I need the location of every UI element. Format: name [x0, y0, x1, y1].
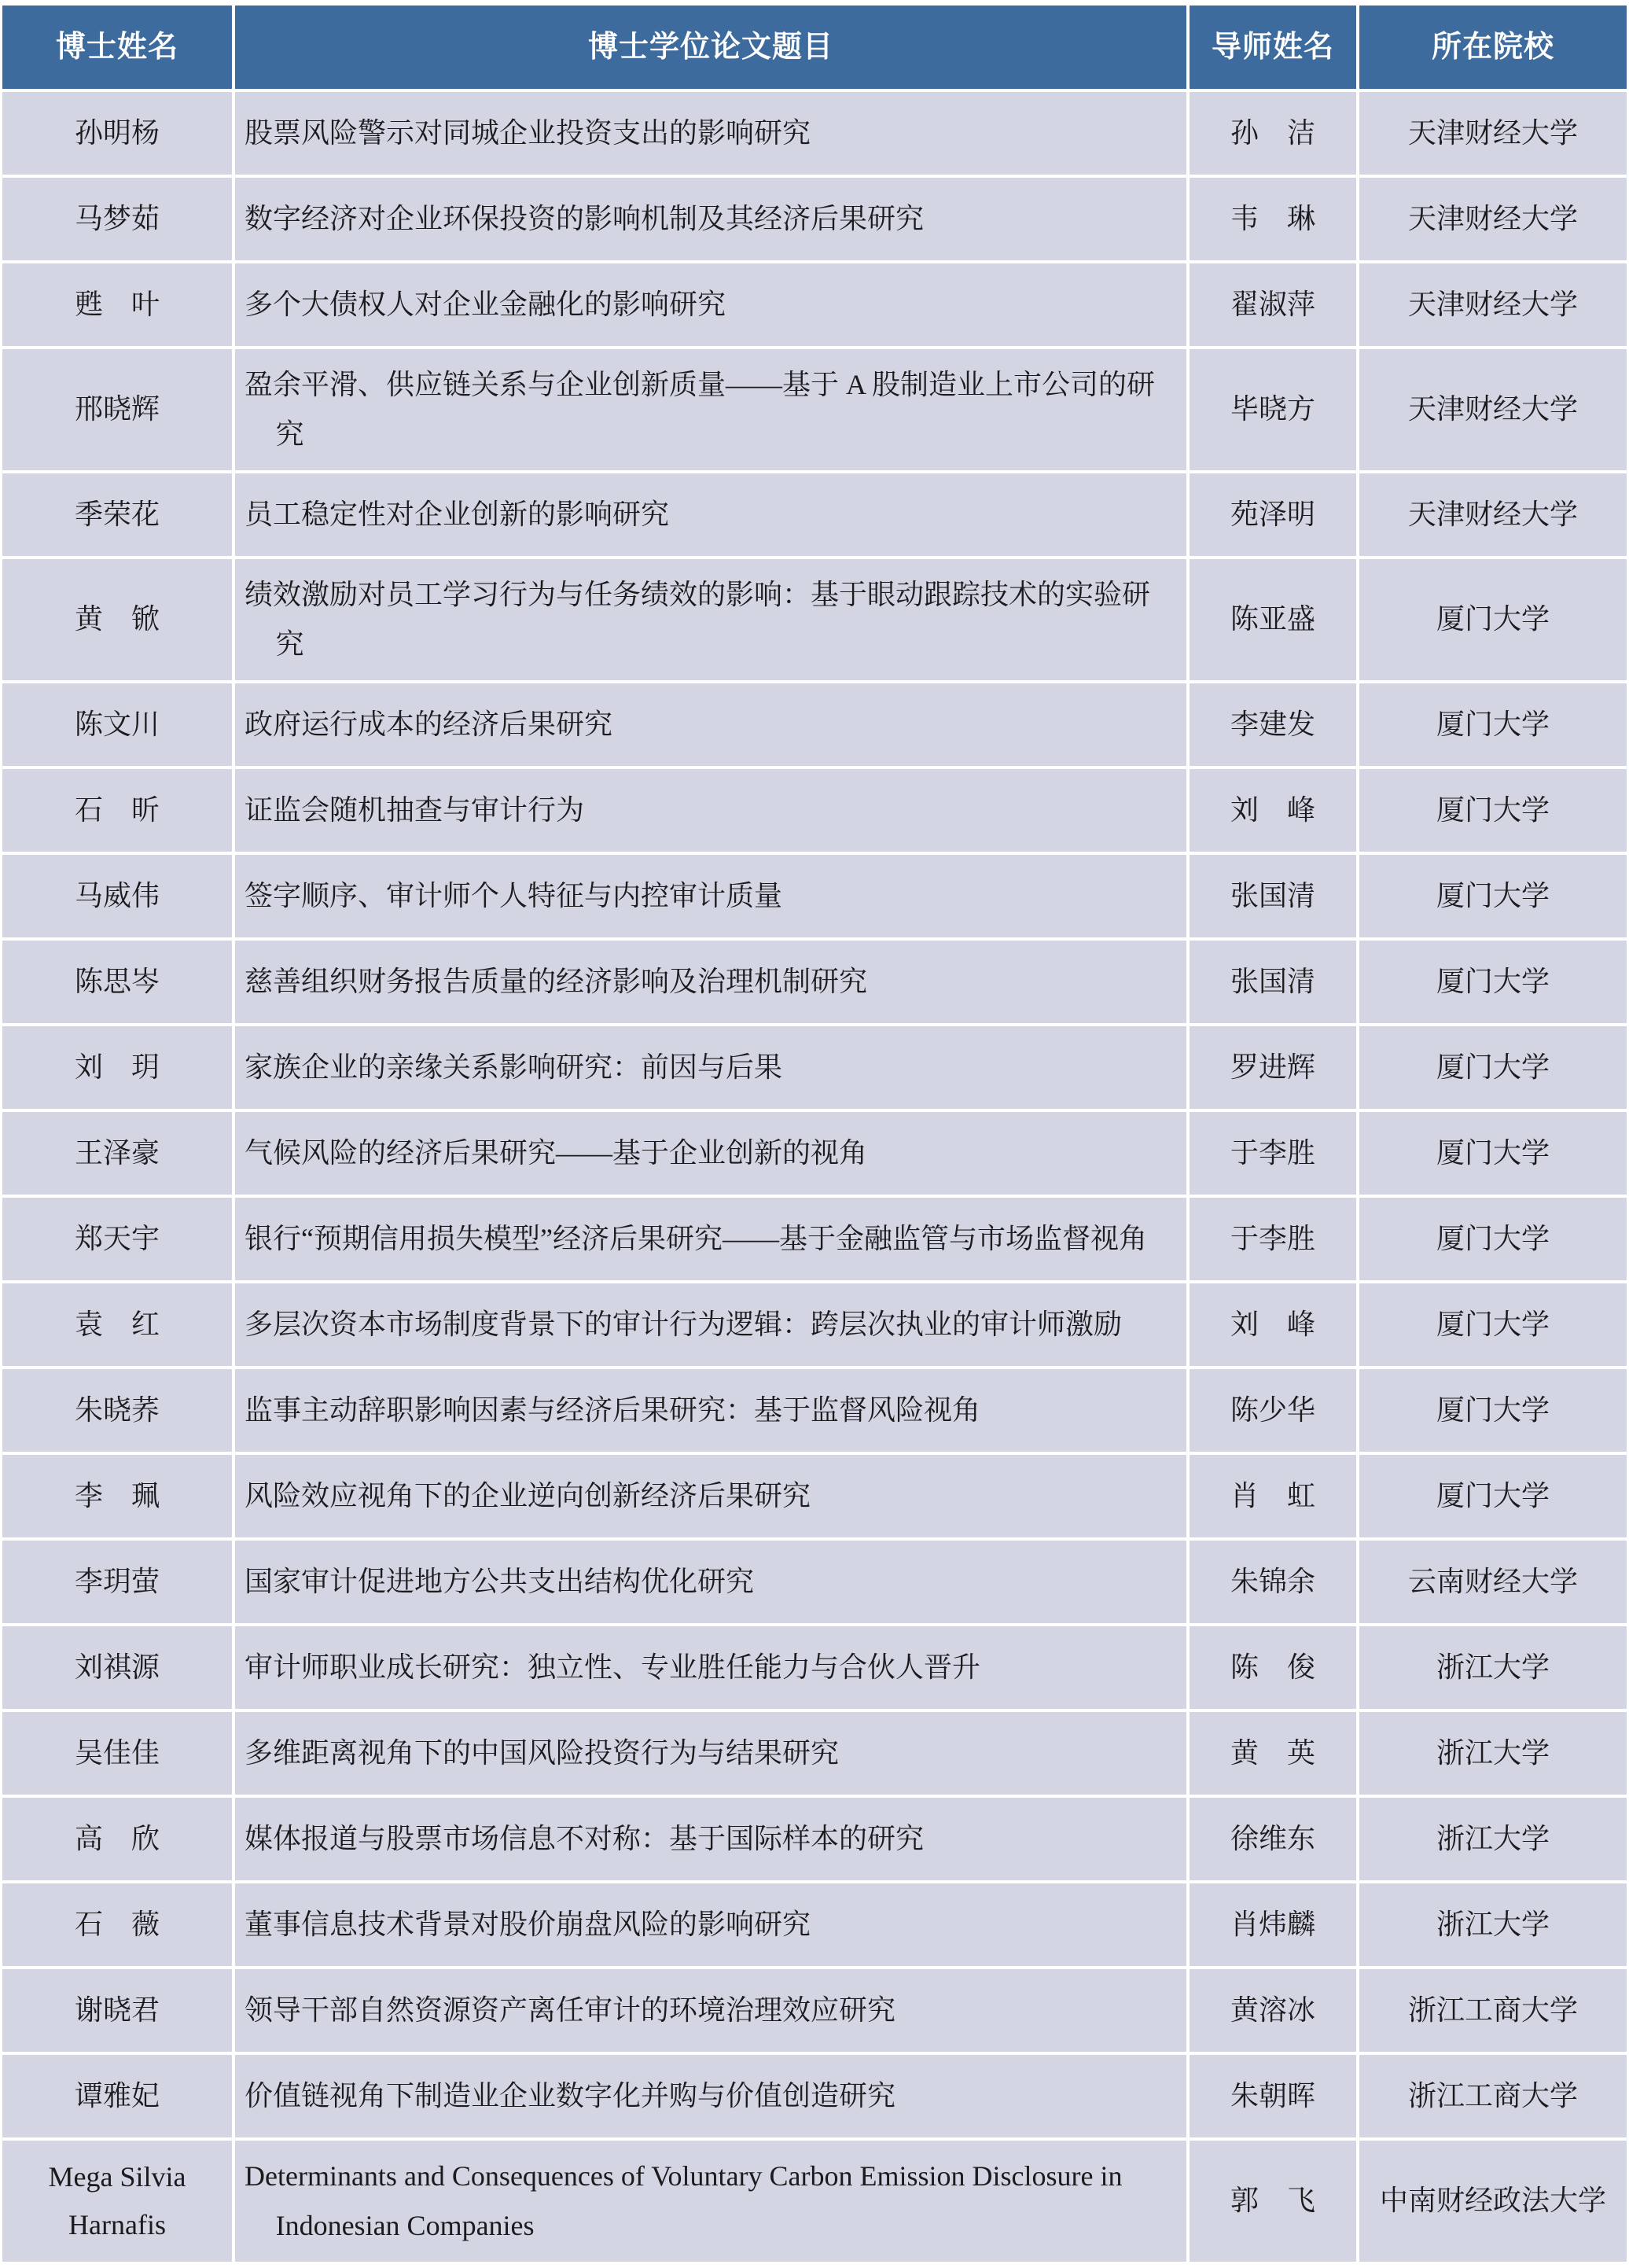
university-cell: 厦门大学: [1359, 559, 1627, 680]
university-name: 浙江大学: [1436, 1901, 1550, 1949]
thesis-title-cell: 签字顺序、审计师个人特征与内控审计质量: [235, 855, 1186, 937]
thesis-title: 审计师职业成长研究：独立性、专业胜任能力与合伙人晋升: [245, 1643, 980, 1692]
university-cell: 厦门大学: [1359, 1283, 1627, 1366]
university-name: 厦门大学: [1436, 958, 1550, 1006]
thesis-title: Determinants and Consequences of Volunta…: [245, 2152, 1174, 2251]
student-name-cell: 季荣花: [2, 473, 232, 556]
university-name: 浙江大学: [1436, 1644, 1550, 1692]
table-row: 高 欣 媒体报道与股票市场信息不对称：基于国际样本的研究 徐维东 浙江大学: [2, 1798, 1627, 1880]
university-name: 厦门大学: [1436, 1215, 1550, 1263]
student-name: 李 珮: [75, 1472, 160, 1520]
thesis-title: 董事信息技术背景对股价崩盘风险的影响研究: [245, 1900, 811, 1950]
thesis-title: 领导干部自然资源资产离任审计的环境治理效应研究: [245, 1986, 895, 2035]
advisor-name: 肖 虹: [1230, 1472, 1315, 1520]
table-row: 谢晓君 领导干部自然资源资产离任审计的环境治理效应研究 黄溶冰 浙江工商大学: [2, 1969, 1627, 2052]
university-cell: 厦门大学: [1359, 683, 1627, 766]
thesis-title: 员工稳定性对企业创新的影响研究: [245, 490, 669, 539]
student-name-cell: 郑天宇: [2, 1198, 232, 1280]
thesis-title: 签字顺序、审计师个人特征与内控审计质量: [245, 871, 782, 921]
thesis-title-cell: 领导干部自然资源资产离任审计的环境治理效应研究: [235, 1969, 1186, 2052]
advisor-name: 张国清: [1230, 872, 1315, 920]
student-name-cell: 石 薇: [2, 1883, 232, 1966]
table-row: 甦 叶 多个大债权人对企业金融化的影响研究 翟淑萍 天津财经大学: [2, 263, 1627, 346]
table-header-row: 博士姓名 博士学位论文题目 导师姓名 所在院校: [2, 6, 1627, 89]
advisor-name: 毕晓方: [1230, 385, 1315, 433]
thesis-title: 监事主动辞职影响因素与经济后果研究：基于监督风险视角: [245, 1386, 980, 1435]
table-row: 石 薇 董事信息技术背景对股价崩盘风险的影响研究 肖炜麟 浙江大学: [2, 1883, 1627, 1966]
table-row: 吴佳佳 多维距离视角下的中国风险投资行为与结果研究 黄 英 浙江大学: [2, 1712, 1627, 1795]
student-name: 高 欣: [75, 1815, 160, 1863]
student-name-cell: 陈文川: [2, 683, 232, 766]
advisor-name-cell: 翟淑萍: [1190, 263, 1356, 346]
university-cell: 浙江大学: [1359, 1626, 1627, 1709]
student-name: 石 薇: [75, 1901, 160, 1949]
student-name-cell: 甦 叶: [2, 263, 232, 346]
thesis-title: 数字经济对企业环保投资的影响机制及其经济后果研究: [245, 194, 924, 244]
student-name: 孙明杨: [75, 109, 160, 157]
student-name: 袁 红: [75, 1301, 160, 1349]
advisor-name-cell: 刘 峰: [1190, 1283, 1356, 1366]
student-name-cell: 马威伟: [2, 855, 232, 937]
advisor-name-cell: 黄溶冰: [1190, 1969, 1356, 2052]
advisor-name-cell: 肖 虹: [1190, 1455, 1356, 1537]
student-name-cell: 谭雅妃: [2, 2055, 232, 2137]
student-name: 马梦茹: [75, 195, 160, 243]
thesis-title-cell: 股票风险警示对同城企业投资支出的影响研究: [235, 92, 1186, 175]
university-cell: 天津财经大学: [1359, 263, 1627, 346]
thesis-title: 气候风险的经济后果研究——基于企业创新的视角: [245, 1128, 867, 1178]
advisor-name-cell: 陈 俊: [1190, 1626, 1356, 1709]
student-name: 邢晓辉: [75, 385, 160, 433]
thesis-title-cell: 董事信息技术背景对股价崩盘风险的影响研究: [235, 1883, 1186, 1966]
university-name: 天津财经大学: [1408, 281, 1578, 329]
student-name-cell: 李玥萤: [2, 1541, 232, 1623]
advisor-name-cell: 李建发: [1190, 683, 1356, 766]
student-name: 王泽豪: [75, 1129, 160, 1177]
header-student-name: 博士姓名: [2, 6, 232, 89]
student-name: 季荣花: [75, 491, 160, 539]
student-name: 郑天宇: [75, 1215, 160, 1263]
table-row: 朱晓荞 监事主动辞职影响因素与经济后果研究：基于监督风险视角 陈少华 厦门大学: [2, 1369, 1627, 1452]
advisor-name: 李建发: [1230, 701, 1315, 749]
university-name: 浙江工商大学: [1408, 2072, 1578, 2120]
advisor-name: 朱朝晖: [1230, 2072, 1315, 2120]
advisor-name: 肖炜麟: [1230, 1901, 1315, 1949]
university-cell: 厦门大学: [1359, 1455, 1627, 1537]
advisor-name-cell: 孙 洁: [1190, 92, 1356, 175]
header-advisor-name: 导师姓名: [1190, 6, 1356, 89]
student-name-cell: 高 欣: [2, 1798, 232, 1880]
advisor-name: 于李胜: [1230, 1129, 1315, 1177]
university-cell: 厦门大学: [1359, 769, 1627, 852]
advisor-name: 翟淑萍: [1230, 281, 1315, 329]
student-name-cell: 朱晓荞: [2, 1369, 232, 1452]
university-cell: 浙江大学: [1359, 1712, 1627, 1795]
student-name-cell: 吴佳佳: [2, 1712, 232, 1795]
university-cell: 厦门大学: [1359, 1026, 1627, 1109]
student-name-cell: 石 昕: [2, 769, 232, 852]
advisor-name-cell: 张国清: [1190, 855, 1356, 937]
student-name: 甦 叶: [75, 281, 160, 329]
university-cell: 天津财经大学: [1359, 473, 1627, 556]
thesis-title: 盈余平滑、供应链关系与企业创新质量——基于 A 股制造业上市公司的研究: [245, 360, 1174, 459]
table-row: 黄 锨 绩效激励对员工学习行为与任务绩效的影响：基于眼动跟踪技术的实验研究 陈亚…: [2, 559, 1627, 680]
advisor-name: 韦 琳: [1230, 195, 1315, 243]
university-name: 浙江大学: [1436, 1815, 1550, 1863]
university-name: 厦门大学: [1436, 701, 1550, 749]
university-name: 天津财经大学: [1408, 195, 1578, 243]
thesis-title: 媒体报道与股票市场信息不对称：基于国际样本的研究: [245, 1814, 924, 1864]
student-name: 陈思岑: [75, 958, 160, 1006]
advisor-name: 朱锦余: [1230, 1558, 1315, 1606]
table-row: 陈文川 政府运行成本的经济后果研究 李建发 厦门大学: [2, 683, 1627, 766]
thesis-title: 多层次资本市场制度背景下的审计行为逻辑：跨层次执业的审计师激励: [245, 1300, 1122, 1349]
university-name: 厦门大学: [1436, 872, 1550, 920]
advisor-name: 张国清: [1230, 958, 1315, 1006]
thesis-title-cell: 盈余平滑、供应链关系与企业创新质量——基于 A 股制造业上市公司的研究: [235, 349, 1186, 470]
student-name: 谭雅妃: [75, 2072, 160, 2120]
thesis-title-cell: 审计师职业成长研究：独立性、专业胜任能力与合伙人晋升: [235, 1626, 1186, 1709]
thesis-table: 博士姓名 博士学位论文题目 导师姓名 所在院校 孙明杨 股票风险警示对同城企业投…: [2, 6, 1627, 2262]
advisor-name: 黄 英: [1230, 1729, 1315, 1777]
table-row: 谭雅妃 价值链视角下制造业企业数字化并购与价值创造研究 朱朝晖 浙江工商大学: [2, 2055, 1627, 2137]
university-name: 浙江工商大学: [1408, 1986, 1578, 2034]
thesis-title-cell: 员工稳定性对企业创新的影响研究: [235, 473, 1186, 556]
table-body: 孙明杨 股票风险警示对同城企业投资支出的影响研究 孙 洁 天津财经大学 马梦茹 …: [2, 92, 1627, 2262]
advisor-name: 苑泽明: [1230, 491, 1315, 539]
advisor-name-cell: 朱锦余: [1190, 1541, 1356, 1623]
university-name: 天津财经大学: [1408, 491, 1578, 539]
table-row: 孙明杨 股票风险警示对同城企业投资支出的影响研究 孙 洁 天津财经大学: [2, 92, 1627, 175]
student-name-cell: 谢晓君: [2, 1969, 232, 2052]
thesis-title: 多维距离视角下的中国风险投资行为与结果研究: [245, 1729, 839, 1778]
thesis-title-cell: 绩效激励对员工学习行为与任务绩效的影响：基于眼动跟踪技术的实验研究: [235, 559, 1186, 680]
thesis-title-cell: 价值链视角下制造业企业数字化并购与价值创造研究: [235, 2055, 1186, 2137]
university-cell: 中南财经政法大学: [1359, 2141, 1627, 2262]
table-row: 李 珮 风险效应视角下的企业逆向创新经济后果研究 肖 虹 厦门大学: [2, 1455, 1627, 1537]
student-name-cell: 刘祺源: [2, 1626, 232, 1709]
advisor-name-cell: 郭 飞: [1190, 2141, 1356, 2262]
thesis-title: 银行“预期信用损失模型”经济后果研究——基于金融监管与市场监督视角: [245, 1214, 1147, 1264]
university-cell: 天津财经大学: [1359, 349, 1627, 470]
table-row: 刘 玥 家族企业的亲缘关系影响研究：前因与后果 罗进辉 厦门大学: [2, 1026, 1627, 1109]
advisor-name-cell: 于李胜: [1190, 1112, 1356, 1195]
table-row: 马梦茹 数字经济对企业环保投资的影响机制及其经济后果研究 韦 琳 天津财经大学: [2, 178, 1627, 260]
university-name: 天津财经大学: [1408, 385, 1578, 433]
advisor-name-cell: 陈少华: [1190, 1369, 1356, 1452]
student-name: Mega Silvia Harnafis: [10, 2153, 224, 2249]
thesis-title-cell: 多个大债权人对企业金融化的影响研究: [235, 263, 1186, 346]
thesis-title-cell: 风险效应视角下的企业逆向创新经济后果研究: [235, 1455, 1186, 1537]
student-name: 朱晓荞: [75, 1386, 160, 1434]
university-name: 厦门大学: [1436, 1044, 1550, 1092]
table-row: 季荣花 员工稳定性对企业创新的影响研究 苑泽明 天津财经大学: [2, 473, 1627, 556]
advisor-name: 孙 洁: [1230, 109, 1315, 157]
advisor-name: 陈 俊: [1230, 1644, 1315, 1692]
university-name: 厦门大学: [1436, 1129, 1550, 1177]
thesis-title: 多个大债权人对企业金融化的影响研究: [245, 280, 726, 330]
advisor-name: 刘 峰: [1230, 786, 1315, 834]
thesis-title: 风险效应视角下的企业逆向创新经济后果研究: [245, 1471, 811, 1521]
university-name: 中南财经政法大学: [1380, 2177, 1606, 2225]
header-thesis-title: 博士学位论文题目: [235, 6, 1186, 89]
header-university: 所在院校: [1359, 6, 1627, 89]
university-cell: 浙江工商大学: [1359, 1969, 1627, 2052]
student-name: 黄 锨: [75, 595, 160, 643]
university-cell: 浙江大学: [1359, 1798, 1627, 1880]
advisor-name: 刘 峰: [1230, 1301, 1315, 1349]
university-name: 厦门大学: [1436, 1386, 1550, 1434]
student-name-cell: 李 珮: [2, 1455, 232, 1537]
university-cell: 厦门大学: [1359, 1369, 1627, 1452]
student-name: 李玥萤: [75, 1558, 160, 1606]
university-name: 云南财经大学: [1408, 1558, 1578, 1606]
student-name-cell: 马梦茹: [2, 178, 232, 260]
thesis-title-cell: 数字经济对企业环保投资的影响机制及其经济后果研究: [235, 178, 1186, 260]
student-name-cell: 陈思岑: [2, 941, 232, 1023]
advisor-name-cell: 刘 峰: [1190, 769, 1356, 852]
university-cell: 天津财经大学: [1359, 178, 1627, 260]
thesis-title-cell: 家族企业的亲缘关系影响研究：前因与后果: [235, 1026, 1186, 1109]
university-cell: 厦门大学: [1359, 941, 1627, 1023]
university-cell: 厦门大学: [1359, 1112, 1627, 1195]
thesis-title: 绩效激励对员工学习行为与任务绩效的影响：基于眼动跟踪技术的实验研究: [245, 570, 1174, 669]
student-name: 陈文川: [75, 701, 160, 749]
student-name: 马威伟: [75, 872, 160, 920]
page-container: 博士姓名 博士学位论文题目 导师姓名 所在院校 孙明杨 股票风险警示对同城企业投…: [0, 0, 1629, 2268]
university-name: 浙江大学: [1436, 1729, 1550, 1777]
table-row: 刘祺源 审计师职业成长研究：独立性、专业胜任能力与合伙人晋升 陈 俊 浙江大学: [2, 1626, 1627, 1709]
thesis-title-cell: 慈善组织财务报告质量的经济影响及治理机制研究: [235, 941, 1186, 1023]
table-row: 邢晓辉 盈余平滑、供应链关系与企业创新质量——基于 A 股制造业上市公司的研究 …: [2, 349, 1627, 470]
advisor-name: 陈少华: [1230, 1386, 1315, 1434]
table-row: 袁 红 多层次资本市场制度背景下的审计行为逻辑：跨层次执业的审计师激励 刘 峰 …: [2, 1283, 1627, 1366]
thesis-title-cell: 政府运行成本的经济后果研究: [235, 683, 1186, 766]
student-name: 谢晓君: [75, 1986, 160, 2034]
advisor-name: 罗进辉: [1230, 1044, 1315, 1092]
student-name: 刘 玥: [75, 1044, 160, 1092]
university-name: 厦门大学: [1436, 1472, 1550, 1520]
thesis-title: 家族企业的亲缘关系影响研究：前因与后果: [245, 1043, 782, 1092]
student-name: 吴佳佳: [75, 1729, 160, 1777]
table-row: 王泽豪 气候风险的经济后果研究——基于企业创新的视角 于李胜 厦门大学: [2, 1112, 1627, 1195]
thesis-title: 慈善组织财务报告质量的经济影响及治理机制研究: [245, 957, 867, 1007]
student-name-cell: 王泽豪: [2, 1112, 232, 1195]
thesis-title-cell: 国家审计促进地方公共支出结构优化研究: [235, 1541, 1186, 1623]
advisor-name: 黄溶冰: [1230, 1986, 1315, 2034]
thesis-title-cell: 气候风险的经济后果研究——基于企业创新的视角: [235, 1112, 1186, 1195]
university-cell: 厦门大学: [1359, 855, 1627, 937]
advisor-name: 陈亚盛: [1230, 595, 1315, 643]
table-row: 陈思岑 慈善组织财务报告质量的经济影响及治理机制研究 张国清 厦门大学: [2, 941, 1627, 1023]
advisor-name-cell: 罗进辉: [1190, 1026, 1356, 1109]
university-name: 厦门大学: [1436, 1301, 1550, 1349]
advisor-name: 徐维东: [1230, 1815, 1315, 1863]
student-name: 刘祺源: [75, 1644, 160, 1692]
thesis-title-cell: 多层次资本市场制度背景下的审计行为逻辑：跨层次执业的审计师激励: [235, 1283, 1186, 1366]
student-name-cell: Mega Silvia Harnafis: [2, 2141, 232, 2262]
thesis-title-cell: Determinants and Consequences of Volunta…: [235, 2141, 1186, 2262]
university-cell: 云南财经大学: [1359, 1541, 1627, 1623]
student-name-cell: 邢晓辉: [2, 349, 232, 470]
advisor-name-cell: 肖炜麟: [1190, 1883, 1356, 1966]
advisor-name: 于李胜: [1230, 1215, 1315, 1263]
table-row: 郑天宇 银行“预期信用损失模型”经济后果研究——基于金融监管与市场监督视角 于李…: [2, 1198, 1627, 1280]
student-name: 石 昕: [75, 786, 160, 834]
advisor-name-cell: 张国清: [1190, 941, 1356, 1023]
thesis-title-cell: 银行“预期信用损失模型”经济后果研究——基于金融监管与市场监督视角: [235, 1198, 1186, 1280]
advisor-name: 郭 飞: [1230, 2177, 1315, 2225]
university-cell: 厦门大学: [1359, 1198, 1627, 1280]
thesis-title: 证监会随机抽查与审计行为: [245, 786, 584, 835]
university-name: 天津财经大学: [1408, 109, 1578, 157]
thesis-title-cell: 媒体报道与股票市场信息不对称：基于国际样本的研究: [235, 1798, 1186, 1880]
table-row: 马威伟 签字顺序、审计师个人特征与内控审计质量 张国清 厦门大学: [2, 855, 1627, 937]
table-row: Mega Silvia Harnafis Determinants and Co…: [2, 2141, 1627, 2262]
thesis-title-cell: 多维距离视角下的中国风险投资行为与结果研究: [235, 1712, 1186, 1795]
university-name: 厦门大学: [1436, 595, 1550, 643]
thesis-title-cell: 监事主动辞职影响因素与经济后果研究：基于监督风险视角: [235, 1369, 1186, 1452]
university-cell: 浙江大学: [1359, 1883, 1627, 1966]
thesis-title: 股票风险警示对同城企业投资支出的影响研究: [245, 109, 811, 158]
student-name-cell: 袁 红: [2, 1283, 232, 1366]
student-name-cell: 刘 玥: [2, 1026, 232, 1109]
advisor-name-cell: 于李胜: [1190, 1198, 1356, 1280]
table-row: 石 昕 证监会随机抽查与审计行为 刘 峰 厦门大学: [2, 769, 1627, 852]
advisor-name-cell: 陈亚盛: [1190, 559, 1356, 680]
university-name: 厦门大学: [1436, 786, 1550, 834]
table-row: 李玥萤 国家审计促进地方公共支出结构优化研究 朱锦余 云南财经大学: [2, 1541, 1627, 1623]
advisor-name-cell: 徐维东: [1190, 1798, 1356, 1880]
university-cell: 浙江工商大学: [1359, 2055, 1627, 2137]
thesis-title: 国家审计促进地方公共支出结构优化研究: [245, 1557, 754, 1607]
thesis-title-cell: 证监会随机抽查与审计行为: [235, 769, 1186, 852]
thesis-title: 价值链视角下制造业企业数字化并购与价值创造研究: [245, 2071, 895, 2121]
thesis-title: 政府运行成本的经济后果研究: [245, 700, 612, 749]
advisor-name-cell: 黄 英: [1190, 1712, 1356, 1795]
advisor-name-cell: 韦 琳: [1190, 178, 1356, 260]
advisor-name-cell: 苑泽明: [1190, 473, 1356, 556]
student-name-cell: 黄 锨: [2, 559, 232, 680]
university-cell: 天津财经大学: [1359, 92, 1627, 175]
advisor-name-cell: 朱朝晖: [1190, 2055, 1356, 2137]
student-name-cell: 孙明杨: [2, 92, 232, 175]
advisor-name-cell: 毕晓方: [1190, 349, 1356, 470]
